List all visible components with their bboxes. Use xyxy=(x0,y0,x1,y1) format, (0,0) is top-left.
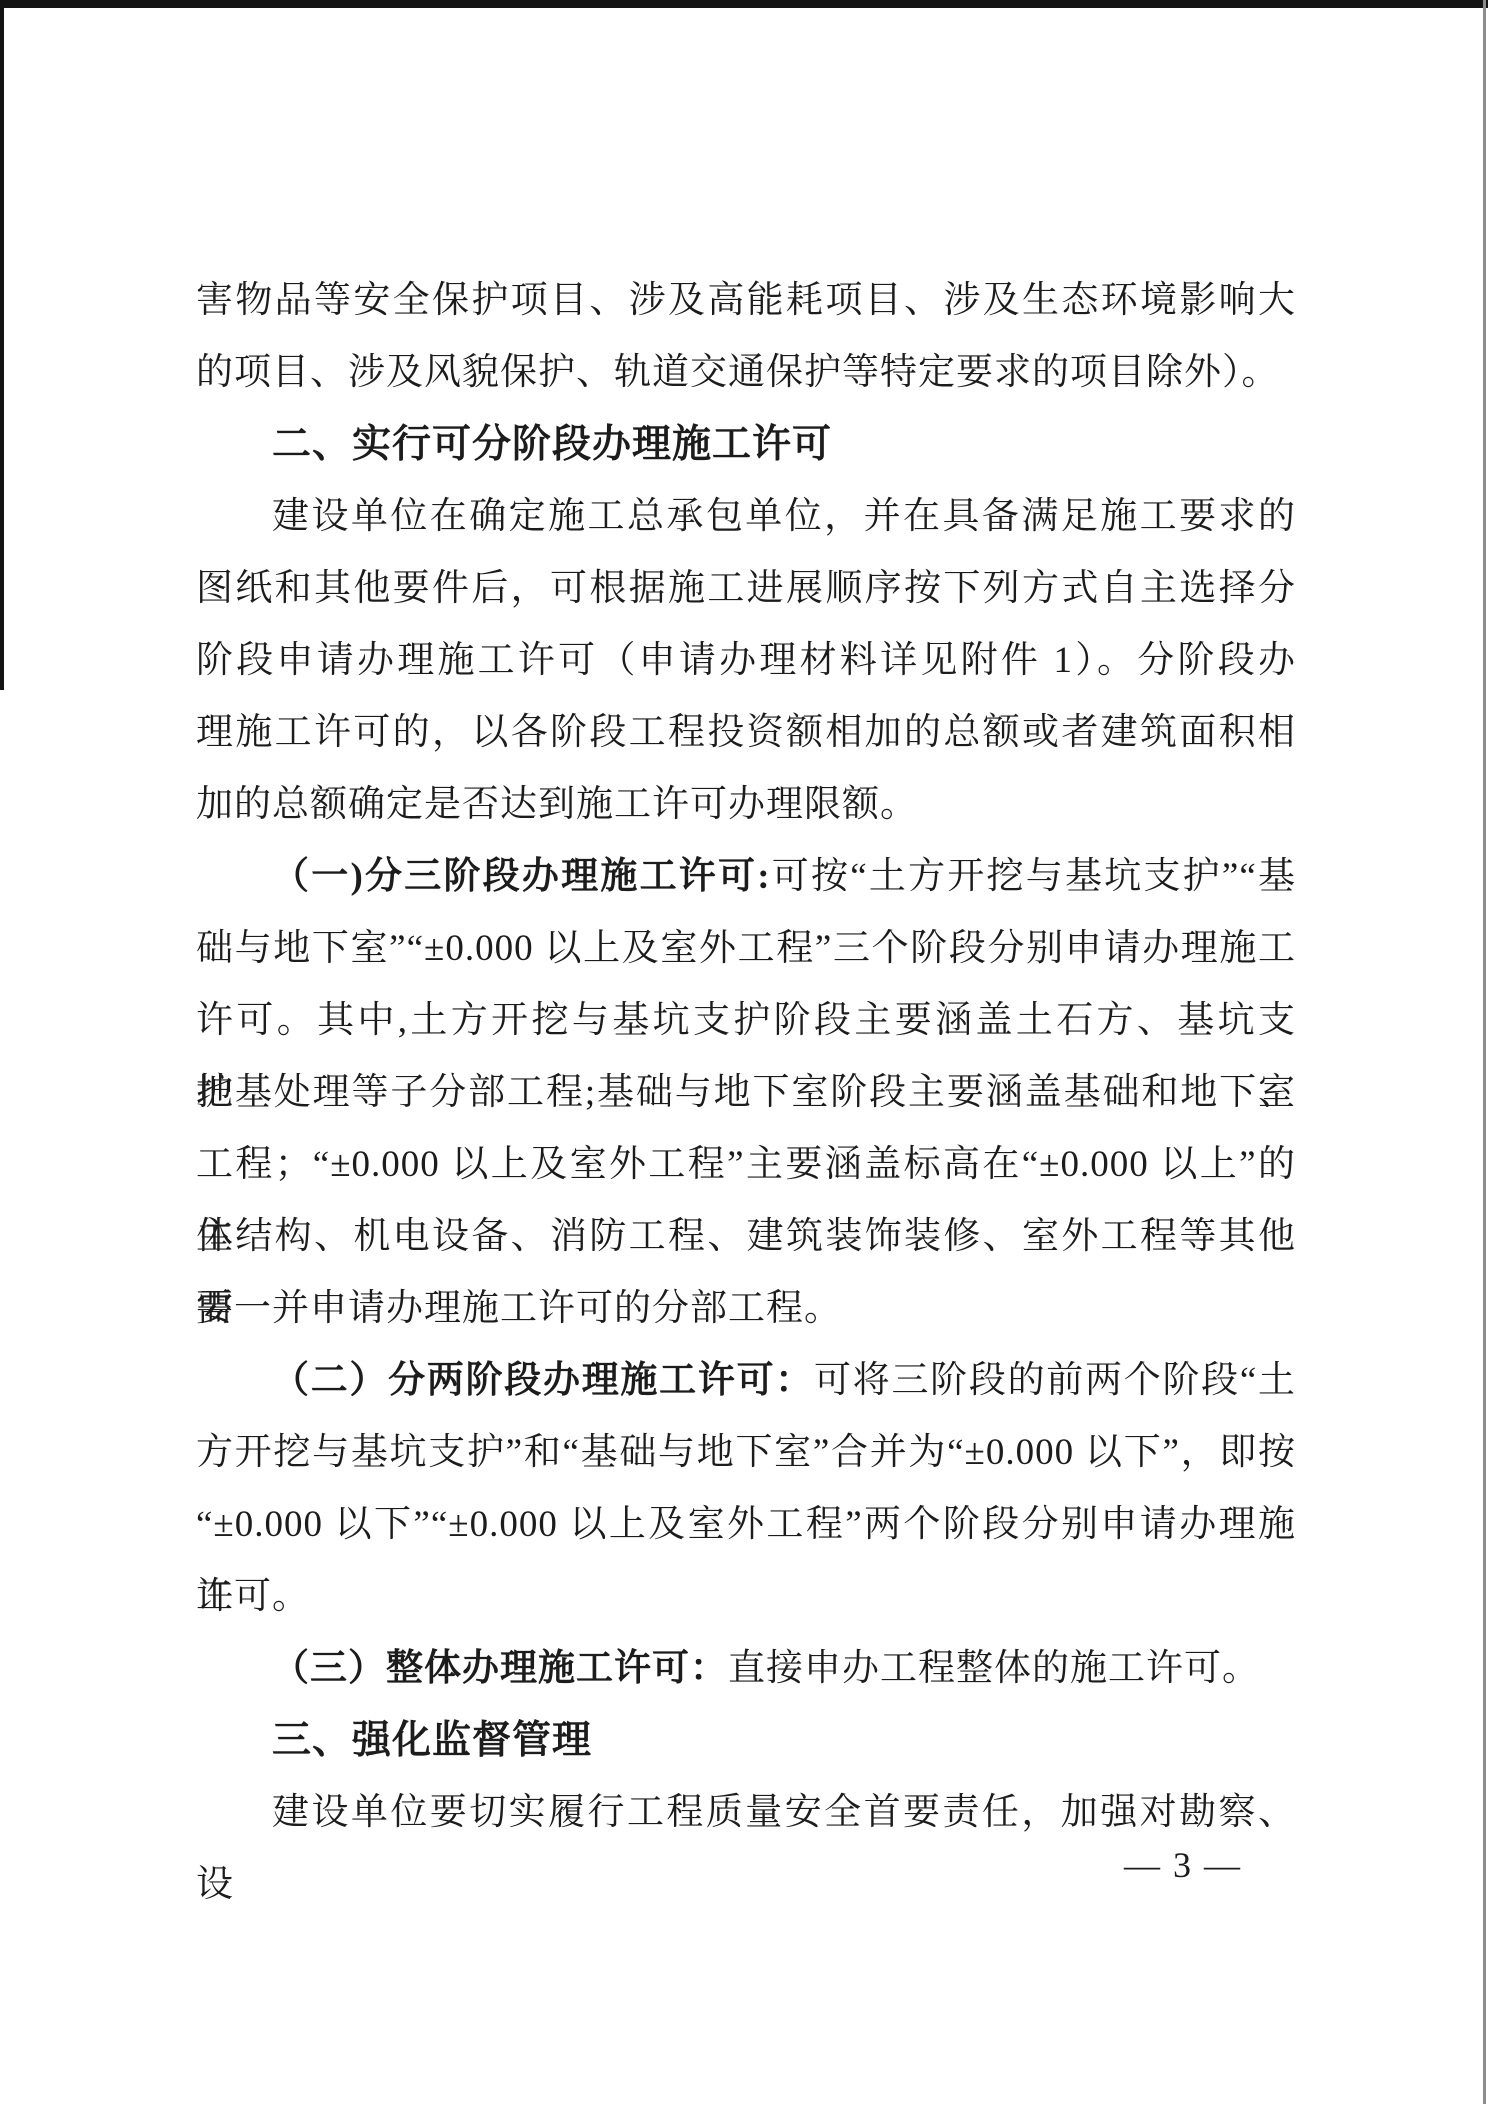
scan-edge-top xyxy=(0,0,1488,8)
text-line: 许可。其中,土方开挖与基坑支护阶段主要涵盖土石方、基坑支护、 xyxy=(196,985,1296,1057)
text-run: 许可。 xyxy=(196,1576,310,1617)
text-line: （二）分两阶段办理施工许可：可将三阶段的前两个阶段“土 xyxy=(196,1345,1296,1417)
scan-edge-left xyxy=(0,0,4,690)
text-line: 许可。 xyxy=(196,1561,1296,1633)
text-line: （一)分三阶段办理施工许可:可按“土方开挖与基坑支护”“基 xyxy=(196,841,1296,913)
text-run: （三）整体办理施工许可： xyxy=(272,1648,728,1689)
text-line: 害物品等安全保护项目、涉及高能耗项目、涉及生态环境影响大 xyxy=(196,265,1296,337)
text-run: 的项目、涉及风貌保护、轨道交通保护等特定要求的项目除外）。 xyxy=(196,352,1280,393)
text-line: 建设单位在确定施工总承包单位，并在具备满足施工要求的 xyxy=(196,481,1296,553)
text-run: 理施工许可的，以各阶段工程投资额相加的总额或者建筑面积相 xyxy=(196,712,1296,753)
text-line: 阶段申请办理施工许可（申请办理材料详见附件 1）。分阶段办 xyxy=(196,625,1296,697)
text-run: 础与地下室”“±0.000 以上及室外工程”三个阶段分别申请办理施工 xyxy=(196,928,1296,969)
text-run: 建设单位在确定施工总承包单位，并在具备满足施工要求的 xyxy=(272,496,1296,537)
text-line: 工程；“±0.000 以上及室外工程”主要涵盖标高在“±0.000 以上”的主 xyxy=(196,1129,1296,1201)
text-line: 图纸和其他要件后，可根据施工进展顺序按下列方式自主选择分 xyxy=(196,553,1296,625)
text-run: （二）分两阶段办理施工许可： xyxy=(272,1360,814,1401)
text-run: 加的总额确定是否达到施工许可办理限额。 xyxy=(196,784,918,825)
text-run: 可将三阶段的前两个阶段“土 xyxy=(814,1360,1296,1401)
text-run: 可按“土方开挖与基坑支护”“基 xyxy=(771,856,1296,897)
text-line: 理施工许可的，以各阶段工程投资额相加的总额或者建筑面积相 xyxy=(196,697,1296,769)
text-run: （一)分三阶段办理施工许可: xyxy=(272,856,771,897)
text-run: 地基处理等子分部工程;基础与地下室阶段主要涵盖基础和地下室 xyxy=(196,1072,1296,1113)
text-run: 直接申办工程整体的施工许可。 xyxy=(728,1648,1260,1689)
text-line: 方开挖与基坑支护”和“基础与地下室”合并为“±0.000 以下”，即按 xyxy=(196,1417,1296,1489)
document-body: 害物品等安全保护项目、涉及高能耗项目、涉及生态环境影响大的项目、涉及风貌保护、轨… xyxy=(196,265,1296,1849)
text-line: 加的总额确定是否达到施工许可办理限额。 xyxy=(196,769,1296,841)
text-line: 地基处理等子分部工程;基础与地下室阶段主要涵盖基础和地下室 xyxy=(196,1057,1296,1129)
text-run: 三、强化监督管理 xyxy=(272,1719,592,1762)
document-page: 害物品等安全保护项目、涉及高能耗项目、涉及生态环境影响大的项目、涉及风貌保护、轨… xyxy=(0,0,1488,2104)
text-line: 建设单位要切实履行工程质量安全首要责任，加强对勘察、设 xyxy=(196,1777,1296,1849)
page-number: — 3 — xyxy=(1124,1843,1242,1887)
text-line: 体结构、机电设备、消防工程、建筑装饰装修、室外工程等其他需 xyxy=(196,1201,1296,1273)
text-run: 害物品等安全保护项目、涉及高能耗项目、涉及生态环境影响大 xyxy=(196,280,1296,321)
section-heading: 三、强化监督管理 xyxy=(196,1705,1296,1777)
text-run: 阶段申请办理施工许可（申请办理材料详见附件 1）。分阶段办 xyxy=(196,640,1296,681)
text-run: 二、实行可分阶段办理施工许可 xyxy=(272,423,832,466)
section-heading: 二、实行可分阶段办理施工许可 xyxy=(196,409,1296,481)
text-line: “±0.000 以下”“±0.000 以上及室外工程”两个阶段分别申请办理施工 xyxy=(196,1489,1296,1561)
text-line: 的项目、涉及风貌保护、轨道交通保护等特定要求的项目除外）。 xyxy=(196,337,1296,409)
text-line: （三）整体办理施工许可：直接申办工程整体的施工许可。 xyxy=(196,1633,1296,1705)
scan-edge-right xyxy=(1483,0,1486,2104)
text-line: 础与地下室”“±0.000 以上及室外工程”三个阶段分别申请办理施工 xyxy=(196,913,1296,985)
text-run: 方开挖与基坑支护”和“基础与地下室”合并为“±0.000 以下”，即按 xyxy=(196,1432,1296,1473)
text-line: 要一并申请办理施工许可的分部工程。 xyxy=(196,1273,1296,1345)
text-run: 图纸和其他要件后，可根据施工进展顺序按下列方式自主选择分 xyxy=(196,568,1296,609)
text-run: 要一并申请办理施工许可的分部工程。 xyxy=(196,1288,842,1329)
